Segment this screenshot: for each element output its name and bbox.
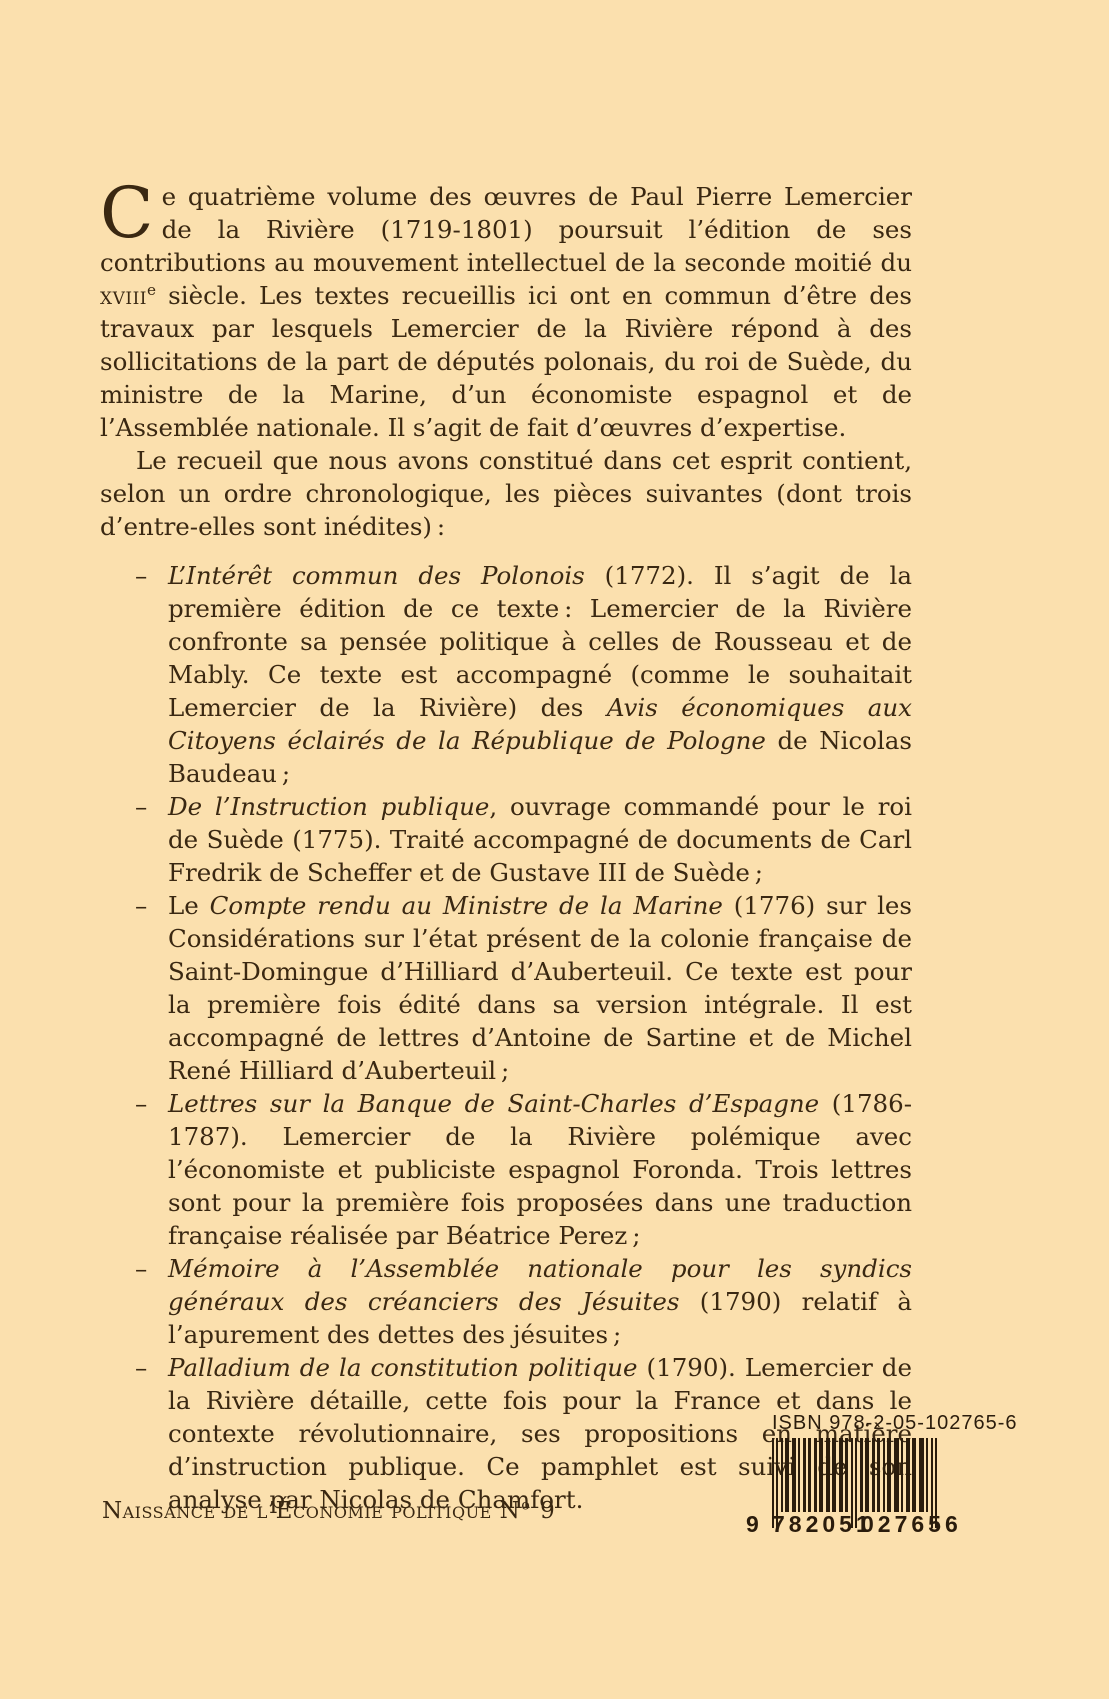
list-item-lettres-banque: –Lettres sur la Banque de Saint-Charles … (100, 1087, 912, 1252)
ean-group-2: 027656 (861, 1511, 950, 1538)
dropcap-letter: C (100, 180, 162, 244)
ean-digits: 9 782051 027656 (746, 1511, 978, 1538)
intro-paragraph: Ce quatrième volume des œuvres de Paul P… (100, 180, 912, 444)
ean-group-1: 782051 (772, 1511, 861, 1538)
list-item-text: Mémoire à l’Assemblée nationale pour les… (168, 1254, 912, 1349)
works-list: –L’Intérêt commun des Polonois (1772). I… (100, 559, 912, 1516)
list-item-compte-rendu-marine: –Le Compte rendu au Ministre de la Marin… (100, 889, 912, 1087)
book-back-cover: Ce quatrième volume des œuvres de Paul P… (0, 0, 1109, 1699)
list-dash: – (135, 559, 147, 592)
list-item-text: De l’Instruction publique, ouvrage comma… (168, 792, 912, 887)
intro-paragraph-text: e quatrième volume des œuvres de Paul Pi… (100, 182, 912, 442)
list-dash: – (135, 1087, 147, 1120)
ean-first-digit: 9 (746, 1511, 772, 1538)
list-dash: – (135, 889, 147, 922)
list-item-instruction-publique: –De l’Instruction publique, ouvrage comm… (100, 790, 912, 889)
list-dash: – (135, 1351, 147, 1384)
second-paragraph: Le recueil que nous avons constitué dans… (100, 444, 912, 543)
list-item-text: L’Intérêt commun des Polonois (1772). Il… (168, 561, 912, 788)
isbn-block: ISBN 978-2-05-102765-6 9 782051 027656 (746, 1412, 978, 1538)
list-dash: – (135, 790, 147, 823)
list-dash: – (135, 1252, 147, 1285)
list-item-interet-commun: –L’Intérêt commun des Polonois (1772). I… (100, 559, 912, 790)
isbn-label: ISBN 978-2-05-102765-6 (772, 1412, 978, 1435)
list-item-text: Lettres sur la Banque de Saint-Charles d… (168, 1089, 912, 1250)
list-item-text: Le Compte rendu au Ministre de la Marine… (168, 891, 912, 1085)
list-item-memoire-assemblee: –Mémoire à l’Assemblée nationale pour le… (100, 1252, 912, 1351)
series-label: Naissance de l’Économie politique No 9 (102, 1496, 556, 1526)
blurb-text-block: Ce quatrième volume des œuvres de Paul P… (100, 180, 912, 1516)
